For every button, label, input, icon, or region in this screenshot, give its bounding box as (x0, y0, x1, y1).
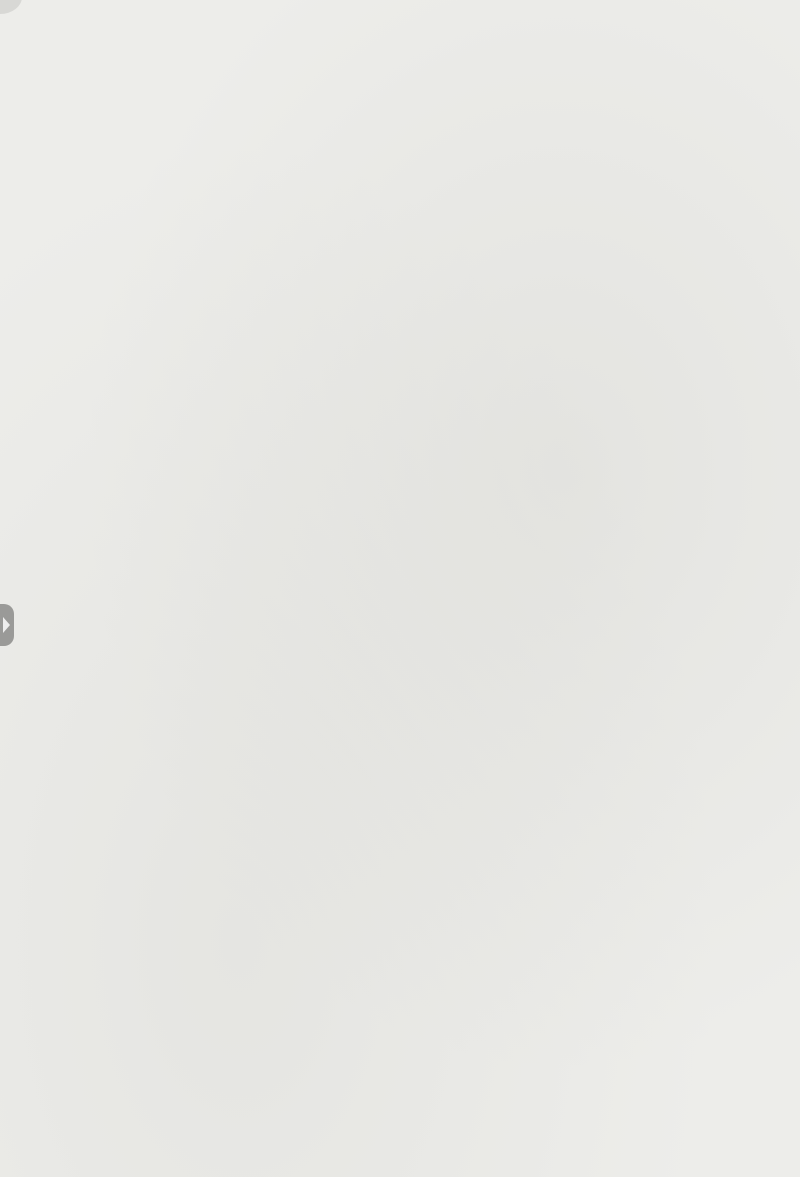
page-nav-tab[interactable] (0, 604, 14, 646)
example-2 (44, 336, 800, 366)
textbook-page (0, 0, 800, 1177)
scan-artifact (0, 0, 22, 14)
